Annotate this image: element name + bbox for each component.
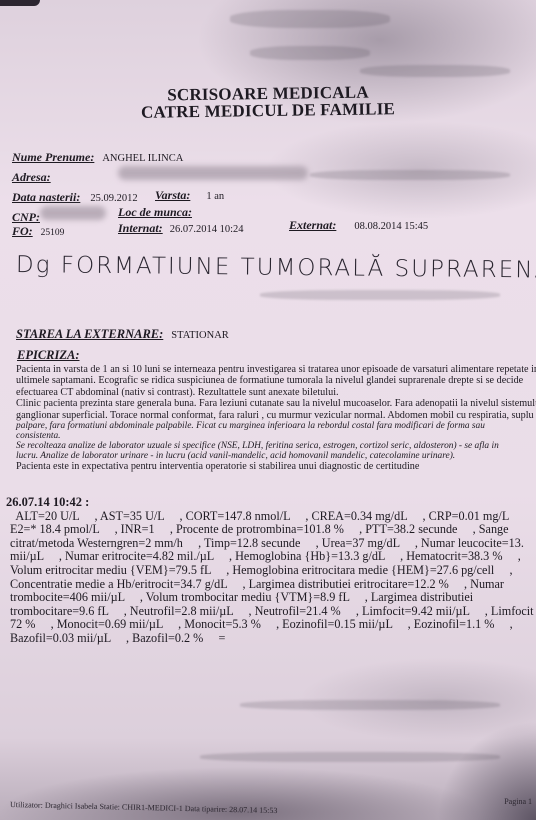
cnp-redacted xyxy=(40,206,106,220)
patient-name-label: Nume Prenume: xyxy=(12,150,94,164)
epicriza-line: efectuarea CT abdominal (nativ si contra… xyxy=(16,387,536,398)
age-value: 1 an xyxy=(206,191,224,202)
bleed-through-smudge xyxy=(360,65,510,77)
admitted-label: Internat: xyxy=(118,221,163,235)
epicriza-italic-line: Se recolteaza analize de laborator uzual… xyxy=(16,441,536,451)
discharged-value: 08.08.2014 15:45 xyxy=(354,221,428,232)
address-label: Adresa: xyxy=(12,170,51,184)
bleed-through-smudge xyxy=(240,700,500,710)
epicriza-heading: EPICRIZA: xyxy=(17,348,80,362)
bleed-through-smudge xyxy=(250,46,370,60)
epicriza-conclusion: Pacienta este in expectativa pentru inte… xyxy=(16,461,536,472)
lab-line: E2=* 18.4 pmol/L , INR=1 , Procente de p… xyxy=(10,523,536,537)
lab-line: 72 % , Monocit=0.69 mii/µL , Monocit=5.3… xyxy=(10,618,536,632)
lab-line: citrat/metoda Westerngren=2 mm/h , Timp=… xyxy=(10,537,536,551)
photo-edge xyxy=(0,0,40,6)
bleed-through-smudge xyxy=(260,290,500,300)
age-row: Varsta: 1 an xyxy=(155,186,224,204)
fo-label: FO: xyxy=(12,224,33,238)
bleed-through-smudge xyxy=(230,10,390,28)
workplace-label: Loc de munca: xyxy=(118,205,192,219)
epicriza-line: ultimele saptamani. Ecografic se ridica … xyxy=(16,375,536,386)
page-number: Pagina 1 xyxy=(504,797,532,806)
epicriza-heading-row: EPICRIZA: xyxy=(17,346,80,364)
lab-line: Concentratie medie a Hb/eritrocit=34.7 g… xyxy=(10,578,536,592)
birth-date-label: Data nasterii: xyxy=(12,190,80,204)
lab-timestamp: 26.07.14 10:42 : xyxy=(6,496,536,510)
epicriza-body: Pacienta in varsta de 1 an si 10 luni se… xyxy=(16,364,536,472)
epicriza-italic-line: lucru. Analize de laborator urinare - in… xyxy=(16,451,536,461)
admitted-row: Internat: 26.07.2014 10:24 xyxy=(118,219,243,237)
patient-name-row: Nume Prenume: ANGHEL ILINCA xyxy=(12,148,183,166)
lab-line: trombocite=406 mii/µL , Volum trombocita… xyxy=(10,591,536,605)
discharged-label: Externat: xyxy=(289,218,336,232)
lab-line: Volum eritrocitar mediu {VEM}=79.5 fL , … xyxy=(10,564,536,578)
epicriza-italic-line: consistenta. xyxy=(16,431,536,441)
lab-line: mii/µL , Numar eritrocite=4.82 mil./µL ,… xyxy=(10,550,536,564)
address-redacted xyxy=(118,166,308,180)
lab-line: trombocitare=9.6 fL , Neutrofil=2.8 mii/… xyxy=(10,605,536,619)
discharged-row: Externat: 08.08.2014 15:45 xyxy=(289,216,428,234)
age-label: Varsta: xyxy=(155,188,190,202)
lab-results: 26.07.14 10:42 : ALT=20 U/L , AST=35 U/L… xyxy=(10,496,536,646)
discharge-state-row: STAREA LA EXTERNARE: STATIONAR xyxy=(16,325,229,343)
epicriza-italic-line: palpare, fara formatiuni abdominale palp… xyxy=(16,421,536,431)
bleed-through-smudge xyxy=(200,752,500,762)
epicriza-line: Clinic pacienta prezinta stare generala … xyxy=(16,398,536,409)
discharge-state-value: STATIONAR xyxy=(171,330,229,341)
fo-row: FO: 25109 xyxy=(12,222,64,240)
epicriza-line: Pacienta in varsta de 1 an si 10 luni se… xyxy=(16,364,536,375)
address-row: Adresa: xyxy=(12,168,51,186)
fo-value: 25109 xyxy=(41,228,65,238)
admitted-value: 26.07.2014 10:24 xyxy=(170,224,244,235)
bleed-through-smudge xyxy=(310,170,510,180)
patient-name-value: ANGHEL ILINCA xyxy=(102,153,183,164)
lab-line: ALT=20 U/L , AST=35 U/L , CORT=147.8 nmo… xyxy=(10,510,536,524)
epicriza-line: ganglionar superficial. Torace normal co… xyxy=(16,410,536,421)
lab-line: Bazofil=0.03 mii/µL , Bazofil=0.2 % = xyxy=(10,632,536,646)
discharge-state-label: STAREA LA EXTERNARE: xyxy=(16,327,163,341)
